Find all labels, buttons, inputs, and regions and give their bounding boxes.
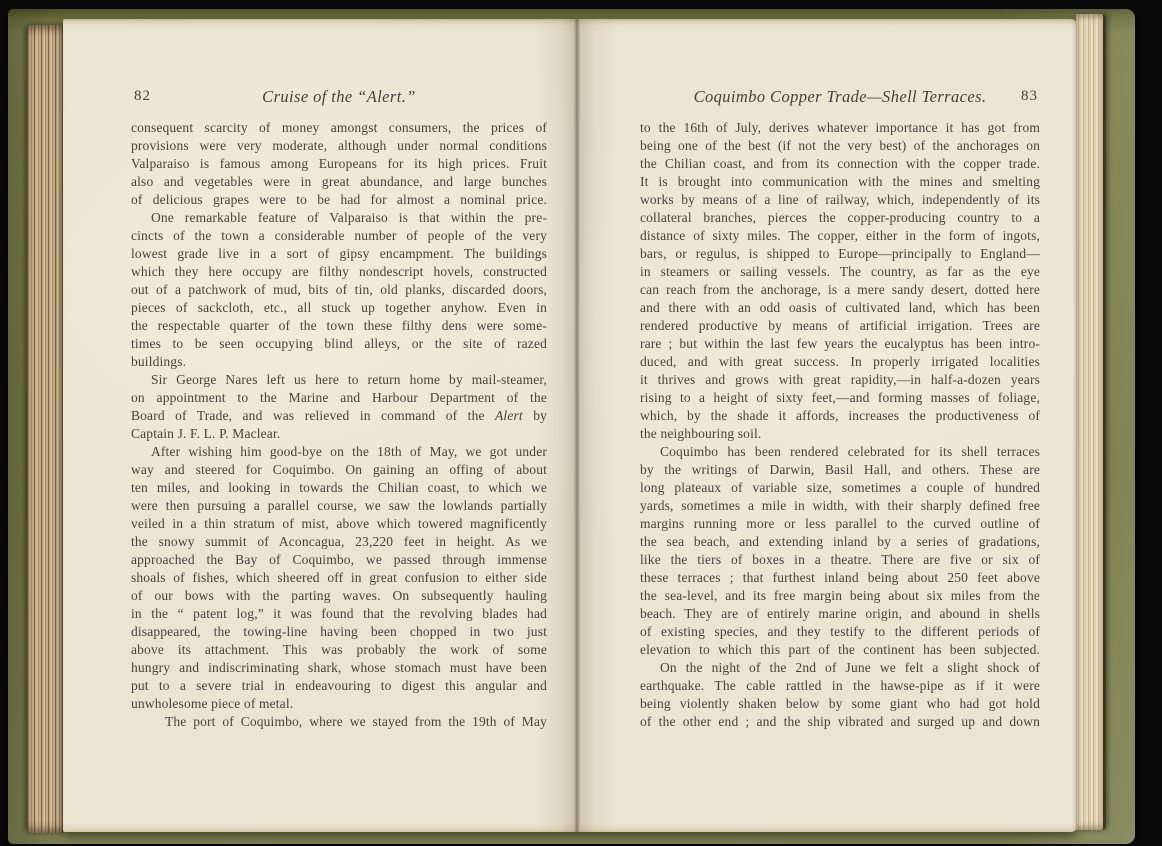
text-line: Coquimbo has been rendered celebrated fo… xyxy=(640,443,1040,461)
text-line: lowest grade live in a sort of gipsy enc… xyxy=(131,245,547,263)
text-line: rendered productive by means of artifici… xyxy=(640,317,1040,335)
text-line: the sea-level, and its free margin being… xyxy=(640,587,1040,605)
text-line: veiled in a thin stratum of mist, above … xyxy=(131,515,547,533)
left-page: 82 Cruise of the “Alert.” consequent sca… xyxy=(131,19,547,832)
text-line: put to a severe trial in endeavouring to… xyxy=(131,677,547,695)
right-page: Coquimbo Copper Trade—Shell Terraces. 83… xyxy=(640,19,1040,832)
text-line: on appointment to the Marine and Harbour… xyxy=(131,389,547,407)
text-line: out of a patchwork of mud, bits of tin, … xyxy=(131,281,547,299)
page-number-right: 83 xyxy=(1021,88,1038,105)
text-line: On the night of the 2nd of June we felt … xyxy=(640,659,1040,677)
text-line: Captain J. F. L. P. Maclear. xyxy=(131,425,547,443)
text-line: distance of sixty miles. The copper, eit… xyxy=(640,227,1040,245)
text-line: hungry and indiscriminating shark, whose… xyxy=(131,659,547,677)
text-line: times to be seen occupying blind alleys,… xyxy=(131,335,547,353)
text-line: After wishing him good-bye on the 18th o… xyxy=(131,443,547,461)
right-page-header: Coquimbo Copper Trade—Shell Terraces. 83 xyxy=(640,87,1040,109)
text-line: buildings. xyxy=(131,353,547,371)
text-line: One remarkable feature of Valparaiso is … xyxy=(131,209,547,227)
text-line: unwholesome piece of metal. xyxy=(131,695,547,713)
text-line: rare ; but within the last few years the… xyxy=(640,335,1040,353)
text-line: way and steered for Coquimbo. On gaining… xyxy=(131,461,547,479)
text-line: shoals of fishes, which sheered off in g… xyxy=(131,569,547,587)
text-line: by the writings of Darwin, Basil Hall, a… xyxy=(640,461,1040,479)
book-photo: 82 Cruise of the “Alert.” consequent sca… xyxy=(0,0,1162,846)
gutter-shadow xyxy=(537,19,617,832)
text-line: and there with an odd oasis of cultivate… xyxy=(640,299,1040,317)
text-line: Sir George Nares left us here to return … xyxy=(131,371,547,389)
text-line: long plateaux of variable size, sometime… xyxy=(640,479,1040,497)
running-header-right: Coquimbo Copper Trade—Shell Terraces. xyxy=(640,87,1040,107)
text-line: bars, or regulus, is shipped to Europe—p… xyxy=(640,245,1040,263)
text-line: provisions were very moderate, although … xyxy=(131,137,547,155)
text-line: being one of the best (if not the very b… xyxy=(640,137,1040,155)
text-line: it thrives and grows with great rapidity… xyxy=(640,371,1040,389)
paragraph: On the night of the 2nd of June we felt … xyxy=(640,659,1040,731)
left-page-header: 82 Cruise of the “Alert.” xyxy=(131,87,547,109)
text-line: which, by the shade it affords, increase… xyxy=(640,407,1040,425)
text-line: of our bows with the parting waves. On s… xyxy=(131,587,547,605)
text-line: rising to a height of sixty feet,—and fo… xyxy=(640,389,1040,407)
paragraph: consequent scarcity of money amongst con… xyxy=(131,119,547,209)
paragraph: Sir George Nares left us here to return … xyxy=(131,371,547,443)
text-line: disappeared, the towing-line having been… xyxy=(131,623,547,641)
text-line: collateral branches, pierces the copper-… xyxy=(640,209,1040,227)
paragraph: to the 16th of July, derives whatever im… xyxy=(640,119,1040,443)
text-line: which they here occupy are filthy nondes… xyxy=(131,263,547,281)
text-line: consequent scarcity of money amongst con… xyxy=(131,119,547,137)
page-edges-right xyxy=(1076,14,1106,830)
page-edges-left xyxy=(27,25,65,833)
text-line: works by means of a line of railway, whi… xyxy=(640,191,1040,209)
text-line: It is brought into communication with th… xyxy=(640,173,1040,191)
text-line: the respectable quarter of the town thes… xyxy=(131,317,547,335)
text-line: beach. They are of entirely marine origi… xyxy=(640,605,1040,623)
text-line: these terraces ; that furthest inland be… xyxy=(640,569,1040,587)
text-line: the neighbouring soil. xyxy=(640,425,1040,443)
text-line: also and vegetables were in great abunda… xyxy=(131,173,547,191)
text-line: The port of Coquimbo, where we stayed fr… xyxy=(131,713,547,731)
page-body-right: to the 16th of July, derives whatever im… xyxy=(640,119,1040,731)
text-line: elevation to which this part of the cont… xyxy=(640,641,1040,659)
text-line: in the “ patent log,” it was found that … xyxy=(131,605,547,623)
text-line: earthquake. The cable rattled in the haw… xyxy=(640,677,1040,695)
text-line: can reach from the anchorage, is a mere … xyxy=(640,281,1040,299)
text-line: of existing species, and they testify to… xyxy=(640,623,1040,641)
text-line: cincts of the town a considerable number… xyxy=(131,227,547,245)
text-line: ten miles, and looking in towards the Ch… xyxy=(131,479,547,497)
paragraph: The port of Coquimbo, where we stayed fr… xyxy=(131,713,547,731)
text-line: margins running more or less parallel to… xyxy=(640,515,1040,533)
text-line: being violently shaken below by some gia… xyxy=(640,695,1040,713)
paragraph: Coquimbo has been rendered celebrated fo… xyxy=(640,443,1040,659)
running-header-left: Cruise of the “Alert.” xyxy=(131,87,547,107)
text-line: Board of Trade, and was relieved in comm… xyxy=(131,407,547,425)
text-line: pieces of sackcloth, etc., all stuck up … xyxy=(131,299,547,317)
text-line: to the 16th of July, derives whatever im… xyxy=(640,119,1040,137)
text-line: of the other end ; and the ship vibrated… xyxy=(640,713,1040,731)
text-line: of delicious grapes were to be had for a… xyxy=(131,191,547,209)
text-line: the snowy summit of Aconcagua, 23,220 fe… xyxy=(131,533,547,551)
text-line: the sea beach, and extending inland by a… xyxy=(640,533,1040,551)
text-line: approached the Bay of Coquimbo, we passe… xyxy=(131,551,547,569)
text-line: in steamers or sailing vessels. The coun… xyxy=(640,263,1040,281)
text-line: Valparaiso is famous among Europeans for… xyxy=(131,155,547,173)
text-line: like the tiers of boxes in a theatre. Th… xyxy=(640,551,1040,569)
text-line: yards, sometimes a mile in width, with t… xyxy=(640,497,1040,515)
page-body-left: consequent scarcity of money amongst con… xyxy=(131,119,547,731)
paragraph: After wishing him good-bye on the 18th o… xyxy=(131,443,547,713)
page-number-left: 82 xyxy=(134,88,151,105)
text-line: were then pursuing a parallel course, we… xyxy=(131,497,547,515)
text-line: the Chilian coast, and from its connecti… xyxy=(640,155,1040,173)
open-pages: 82 Cruise of the “Alert.” consequent sca… xyxy=(63,19,1077,832)
paragraph: One remarkable feature of Valparaiso is … xyxy=(131,209,547,371)
text-line: above its attachment. This was probably … xyxy=(131,641,547,659)
text-line: duced, and with great success. In proper… xyxy=(640,353,1040,371)
